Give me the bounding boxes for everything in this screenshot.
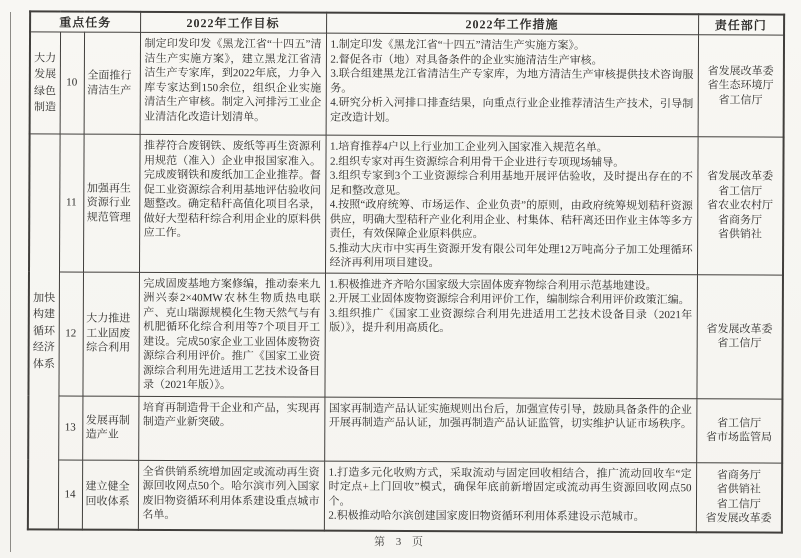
category-green-manufacturing: 大力发展绿色制造 <box>30 32 60 134</box>
row-number: 10 <box>60 32 84 134</box>
measures-cell: 1.培育推荐4户以上行业加工企业列入国家准入规范名单。 2.组织专家对再生资源综… <box>325 135 698 274</box>
header-key-tasks: 重点任务 <box>30 11 140 32</box>
goal-cell: 制定印发印发《黑龙江省“十四五”清洁生产实施方案》，建立黑龙江省清洁生产专家库，… <box>140 32 326 135</box>
goal-cell: 全省供销系统增加固定或流动再生资源回收网点50个。哈尔滨市列入国家废旧物资循环利… <box>138 460 324 531</box>
header-2022-goals: 2022年工作目标 <box>140 12 326 33</box>
table-row-11: 加快构建循环经济体系 11 加强再生资源行业规范管理 推荐符合废钢铁、废纸等再生… <box>29 134 784 275</box>
goal-cell: 培育再制造骨干企业和产品，实现再制造产业新突破。 <box>138 396 324 461</box>
work-plan-table: 重点任务 2022年工作目标 2022年工作措施 责任部门 大力发展绿色制造 1… <box>27 10 785 533</box>
measures-cell: 国家再制造产品认证实施规则出台后，加强宣传引导，鼓励具备条件的企业开展再制造产品… <box>324 397 696 463</box>
department-cell: 省工信厅 省市场监管局 <box>696 398 782 462</box>
department-cell: 省发展改革委 省工信厅 省农业农村厅 省商务厅 省供销社 <box>697 137 784 275</box>
department-cell: 省商务厅 省供销社 省工信厅 省发展改革委 <box>696 462 782 532</box>
goal-cell: 推荐符合废钢铁、废纸等再生资源利用规范（准入）企业申报国家准入。完成废钢铁和废纸… <box>139 134 326 272</box>
row-number: 11 <box>59 134 84 272</box>
measures-cell: 1.打造多元化收购方式，采取流动与固定回收相结合，推广流动回收车“定时定点+上门… <box>324 461 696 533</box>
page-number: 第 3 页 <box>0 533 801 549</box>
table-row-12: 12 大力推进工业固废综合利用 完成固废基地方案修编，推动泰来九洲兴泰2×40M… <box>28 271 783 398</box>
task-name: 大力推进工业固废综合利用 <box>82 272 139 396</box>
row-number: 12 <box>58 272 83 396</box>
task-name: 建立健全回收体系 <box>82 460 138 530</box>
measures-cell: 1.制定印发《黑龙江省“十四五”清洁生产实施方案》。 2.督促各市（地）对具备条… <box>326 33 698 137</box>
row-number: 14 <box>58 460 82 530</box>
header-responsible-department: 责任部门 <box>698 14 784 35</box>
goal-cell: 完成固废基地方案修编，推动泰来九洲兴泰2×40MW农林生物质热电联产、克山瑞源规… <box>138 272 325 397</box>
task-name: 发展再制造产业 <box>82 396 138 460</box>
row-number: 13 <box>58 396 82 460</box>
scanned-document-page: 重点任务 2022年工作目标 2022年工作措施 责任部门 大力发展绿色制造 1… <box>0 0 801 558</box>
table-row-13: 13 发展再制造产业 培育再制造骨干企业和产品，实现再制造产业新突破。 国家再制… <box>28 395 782 462</box>
table-row-10: 大力发展绿色制造 10 全面推行清洁生产 制定印发印发《黑龙江省“十四五”清洁生… <box>30 32 784 137</box>
scan-edge-artifact <box>10 12 11 552</box>
measures-cell: 1.积极推进齐齐哈尔国家级大宗固体废弃物综合利用示范基地建设。 2.开展工业固体… <box>324 273 697 399</box>
task-name: 全面推行清洁生产 <box>84 32 140 134</box>
category-circular-economy: 加快构建循环经济体系 <box>28 134 60 530</box>
department-cell: 省发展改革委 省工信厅 <box>696 274 783 398</box>
header-2022-measures: 2022年工作措施 <box>326 13 698 35</box>
department-cell: 省发展改革委 省生态环境厅 省工信厅 <box>698 35 784 137</box>
task-name: 加强再生资源行业规范管理 <box>83 134 140 272</box>
table-row-14: 14 建立健全回收体系 全省供销系统增加固定或流动再生资源回收网点50个。哈尔滨… <box>28 459 782 532</box>
